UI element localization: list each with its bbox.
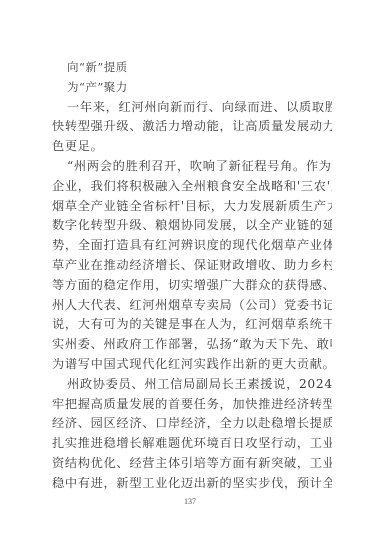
text-line: 州人大代表、红河州烟草专卖局（公司）党委书记、局长、经理朱艳梅 — [52, 296, 332, 316]
text-line: 草产业在推动经济增长、保证财政增收、助力乡村振兴、促进社会就业 — [52, 256, 332, 276]
page-number: 137 — [0, 497, 380, 506]
text-line: 为谱写中国式现代化红河实践作出新的更大贡献。 — [52, 355, 332, 375]
section-heading-2: 为“产”聚力 — [52, 78, 332, 98]
text-line: 稳中有进，新型工业化迈出新的坚实步伐，预计全年规模以上工业增加 — [52, 474, 332, 494]
document-page: 向“新”提质 为“产”聚力 一年来，红河州向新而行、向绿而进、以质取胜，稳增长提… — [52, 58, 332, 494]
text-line: 企业，我们将积极融入全州粮食安全战略和'三农'发展大局，锚定'打造 — [52, 177, 332, 197]
text-line: 快转型强升级、激活力增动能，让高质量发展动力更足、底气更足、成 — [52, 117, 332, 137]
text-line: 牢把握高质量发展的首要任务，加快推进经济转型升级，大力发展资源 — [52, 395, 332, 415]
text-line: 数字化转型升级、粮烟协同发展，以全产业链的延伸聚合重塑发展新优 — [52, 216, 332, 236]
text-line: 扎实推进稳增长解难题优环境百日攻坚行动，工业经济在总量增长、投 — [52, 434, 332, 454]
text-line: 资结构优化、经营主体引培等方面有新突破，工业经济运行总体平稳、 — [52, 454, 332, 474]
text-line: 经济、园区经济、口岸经济，全力以赴稳增长提质效、快转型强升级， — [52, 414, 332, 434]
section-heading-1: 向“新”提质 — [52, 58, 332, 78]
text-line: 色更足。 — [52, 137, 332, 157]
text-line: “州两会的胜利召开，吹响了新征程号角。作为扎根红河热土的国有 — [52, 157, 332, 177]
paragraph-1: 一年来，红河州向新而行、向绿而进、以质取胜，稳增长提质效、 快转型强升级、激活力… — [52, 98, 332, 157]
text-line: 等方面的稳定作用，切实增强广大群众的获得感、幸福感和安全感。” — [52, 276, 332, 296]
text-line: 州政协委员、州工信局副局长王素援说，2024年，州委、州政府牢 — [52, 375, 332, 395]
text-line: 实州委、州政府工作部署，弘扬“敢为天下先、敢啃硬骨头”的奋斗精神， — [52, 335, 332, 355]
text-line: 势，全面打造具有红河辨识度的现代化烟草产业体系，一如既往发挥烟 — [52, 236, 332, 256]
text-line: 一年来，红河州向新而行、向绿而进、以质取胜，稳增长提质效、 — [52, 98, 332, 118]
text-line: 说，大有可为的关键是事在人为，红河烟草系统干部职工将坚决贯彻落 — [52, 315, 332, 335]
text-line: 烟草全产业链全省标杆'目标，大力发展新质生产力，抓好绿色低碳发展、 — [52, 197, 332, 217]
paragraph-3: 州政协委员、州工信局副局长王素援说，2024年，州委、州政府牢 牢把握高质量发展… — [52, 375, 332, 494]
paragraph-2: “州两会的胜利召开，吹响了新征程号角。作为扎根红河热土的国有 企业，我们将积极融… — [52, 157, 332, 375]
